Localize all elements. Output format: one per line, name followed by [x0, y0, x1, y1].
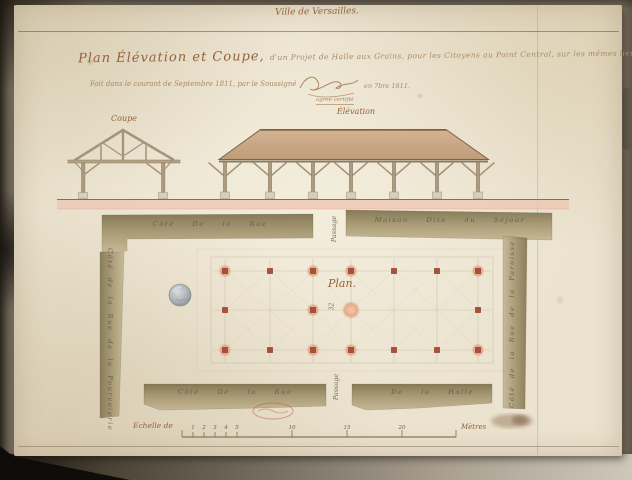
scale-label: Echelle de	[133, 421, 173, 430]
page-edge-shadow	[623, 88, 632, 150]
top-ruled-border	[18, 31, 619, 32]
passage-label-top: Passage	[330, 199, 338, 259]
plan-note: 32	[329, 299, 336, 315]
wall-label-top-right: Maison Dite du Séjour	[365, 216, 535, 224]
scale-unit: Mètres	[461, 423, 486, 431]
scanned-drawing-page: 12345101520 Ville de Versailles. Plan Él…	[0, 0, 632, 480]
coupe-label: Coupe	[100, 114, 148, 123]
signature-note: agréé certifié	[316, 97, 354, 105]
wall-label-top-left: Côté De la Rue	[120, 220, 300, 228]
wall-label-bottom-right: De la Halle	[380, 388, 485, 396]
bottom-ruled-border	[18, 446, 619, 447]
wall-label-right: Côté de la Rue de la Paroisse	[508, 248, 516, 408]
elevation-label: Élévation	[330, 107, 382, 116]
passage-label-bottom: Passage	[332, 357, 340, 417]
title-lead: Plan Élévation et Coupe,	[78, 49, 265, 66]
paper-crease	[537, 6, 539, 455]
subtitle-date: en 7bre 1811.	[364, 82, 410, 90]
plan-label: Plan.	[328, 277, 356, 290]
wall-label-bottom-left: Côté De la Rue	[160, 388, 310, 396]
subtitle: Fait dans le courant de Septembre 1811, …	[90, 80, 296, 88]
title-rest: d'un Projet de Halle aux Grains, pour le…	[270, 47, 632, 62]
wall-label-left: Côté de la Rue de la Pourvoierie	[106, 248, 114, 408]
